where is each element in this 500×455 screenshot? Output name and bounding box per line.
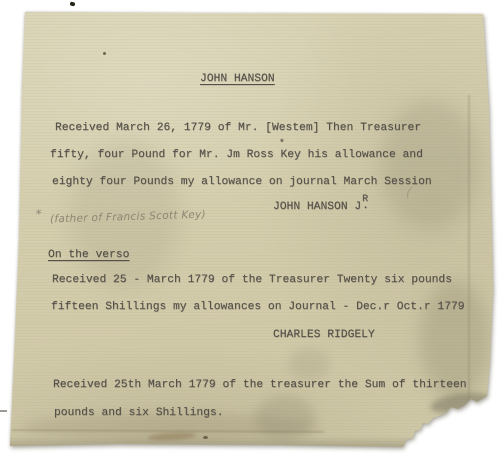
- signature-charles-ridgely: CHARLES RIDGELY: [273, 329, 375, 342]
- receipt2-line-1: Received 25 - March 1779 of the Treasure…: [52, 274, 452, 287]
- signature-period: .: [362, 200, 369, 213]
- paper-speck: [103, 52, 106, 55]
- ink-bleed-through: [255, 395, 315, 440]
- horizontal-crease: [12, 429, 324, 432]
- receipt1-line-3: eighty four Pounds my allowance on journ…: [52, 176, 432, 189]
- signature-name: JOHN HANSON J: [273, 201, 361, 213]
- receipt1-line-1: Received March 26, 1779 of Mr. [Westem] …: [55, 122, 421, 135]
- ink-bleed-through: [288, 348, 330, 380]
- receipt1-line-2: fifty, four Pound for Mr. Jm Ross Key hi…: [50, 149, 423, 162]
- receipt3-line-1: Received 25th March 1779 of the treasure…: [53, 379, 467, 392]
- bottom-edge-shading: [8, 436, 490, 447]
- pencil-stray-mark: (: [405, 185, 413, 202]
- pencil-asterisk: *: [35, 207, 44, 222]
- vertical-crease: [468, 95, 470, 445]
- pencil-footnote: (father of Francis Scott Key): [50, 209, 206, 226]
- receipt2-line-2: fifteen Shillings my allowances on Journ…: [51, 301, 465, 314]
- footnote-asterisk: *: [279, 136, 285, 149]
- stain: [380, 100, 480, 230]
- receipt-paper: JOHN HANSON Received March 26, 1779 of M…: [0, 0, 500, 455]
- paper-shadow: JOHN HANSON Received March 26, 1779 of M…: [0, 0, 500, 455]
- verso-heading: On the verso: [48, 249, 129, 262]
- jr-superscript-stack: R.: [361, 198, 369, 209]
- signature-john-hanson: JOHN HANSON JR.: [273, 198, 369, 214]
- scanner-background: JOHN HANSON Received March 26, 1779 of M…: [0, 0, 500, 455]
- receipt3-line-2: pounds and six Shillings.: [54, 407, 223, 420]
- document-title: JOHN HANSON: [200, 73, 275, 86]
- torn-corner-shadow: [429, 390, 493, 416]
